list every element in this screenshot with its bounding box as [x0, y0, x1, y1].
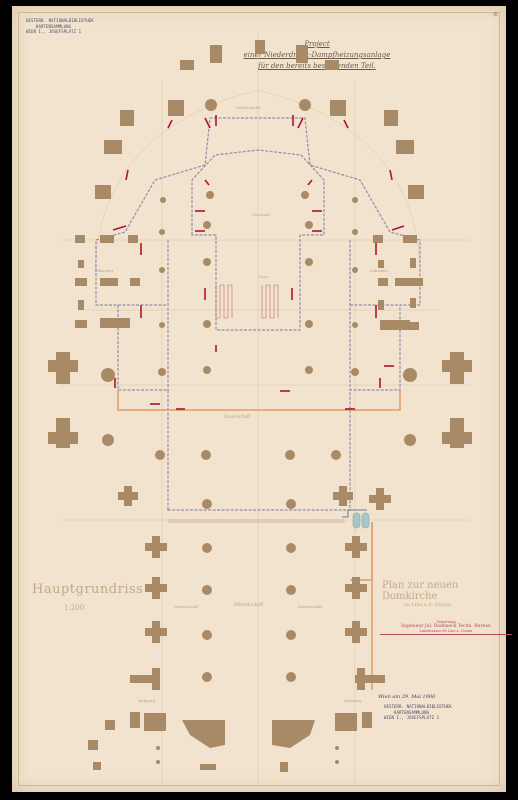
floor-coil-heaters [216, 285, 278, 318]
main-plan-title: Hauptgrundriss [32, 582, 143, 597]
church-title: Plan zur neuen Domkirche [382, 580, 506, 602]
label-sacristy-left: Sakristei [95, 268, 113, 273]
label-porch-left: Aufgang [138, 698, 155, 703]
label-choir: Chor [258, 274, 268, 279]
drawing-sheet: OESTERR. NATIONALBIBLIOTHEK KARTENSAMMLU… [12, 6, 506, 792]
stamp-line: OESTERR. NATIONALBIBLIOTHEK [384, 704, 452, 710]
label-transept: Querschiff [224, 414, 250, 420]
library-stamp-bottom: OESTERR. NATIONALBIBLIOTHEK KARTENSAMMLU… [384, 704, 452, 721]
label-sacristy-right: Sakristei [370, 268, 388, 273]
label-nave-left: Seitenschiff [174, 604, 198, 609]
label-porch-right: Aufgang [344, 698, 361, 703]
masonry [48, 40, 472, 772]
boiler-units [168, 510, 369, 528]
label-nave-right: Seitenschiff [298, 604, 322, 609]
stamp-line: WIEN I., JOSEFSPLATZ 1 [384, 715, 452, 721]
label-apse: Sanctuar [252, 212, 270, 217]
label-nave-center: Mittelschiff [234, 602, 263, 608]
date-signature: Wien am 29. Mai 1906 [378, 694, 435, 700]
floor-plan [12, 6, 506, 792]
radiators [113, 115, 404, 409]
firm-block: Vertretung Ingenieur Jul. Rodbaeck Techn… [380, 620, 512, 635]
scale-label: 1:200 [64, 604, 84, 612]
label-chapel-top: Votivkapelle [236, 105, 261, 110]
firm-address: Landstrasse 88 Linz a. Donau [380, 629, 512, 635]
place-label: zu Linz a.d. Donau [404, 602, 451, 608]
